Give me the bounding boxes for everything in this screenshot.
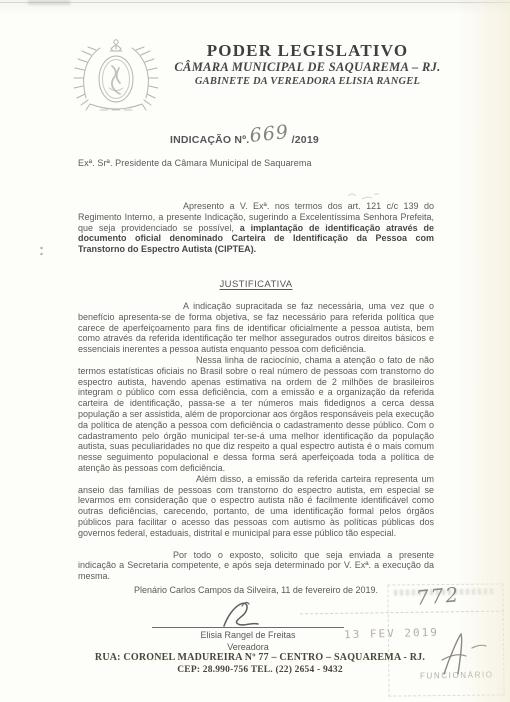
signer-title: Vereadora: [150, 642, 346, 652]
intro-paragraph: Apresento a V. Exª. nos termos dos art. …: [78, 201, 434, 255]
justification-heading: JUSTIFICATIVA: [78, 279, 434, 290]
org-office-title: GABINETE DA VEREADORA ELISIA RANGEL: [155, 75, 460, 88]
footer-address: RUA: CORONEL MADUREIRA Nº 77 – CENTRO – …: [55, 652, 465, 664]
handwritten-document-number: 669: [249, 121, 290, 147]
document-year-suffix: /2019: [292, 134, 319, 146]
justification-paragraph: Nessa linha de raciocínio, chama a atenç…: [78, 355, 434, 474]
scanned-document-page: PODER LEGISLATIVO CÂMARA MUNICIPAL DE SA…: [0, 0, 510, 702]
footer-contact: CEP: 28.990-756 TEL. (22) 2654 - 9432: [55, 664, 465, 676]
closing-request-paragraph: Por todo o exposto, solicito que seja en…: [78, 550, 434, 582]
addressee-line: Exª. Srª. Presidente da Câmara Municipal…: [78, 158, 312, 168]
signer-name: Elisia Rangel de Freitas: [150, 630, 346, 640]
stamp-border-box: [387, 583, 504, 696]
coat-of-arms-emblem: [70, 36, 162, 122]
scan-artifact-corner-smudge: [28, 0, 70, 5]
handwritten-signature: [218, 598, 288, 630]
letterhead: PODER LEGISLATIVO CÂMARA MUNICIPAL DE SA…: [155, 41, 460, 88]
signature-block: Elisia Rangel de Freitas Vereadora: [150, 600, 346, 652]
document-number-line: INDICAÇÃO Nº.669/2019: [170, 126, 319, 148]
place-date-line: Plenário Carlos Campos da Silveira, 11 d…: [78, 585, 434, 595]
stamp-date: 13 FEV 2019: [344, 626, 439, 641]
document-footer: RUA: CORONEL MADUREIRA Nº 77 – CENTRO – …: [55, 652, 465, 676]
justification-body: A indicação supracitada se faz necessári…: [78, 301, 434, 582]
scan-artifact-top-line: [0, 2, 510, 3]
scan-artifact-ink-dots: [40, 246, 43, 256]
document-number-label: INDICAÇÃO Nº.: [170, 134, 249, 146]
org-chamber-title: CÂMARA MUNICIPAL DE SAQUAREMA – RJ.: [155, 60, 460, 75]
justification-paragraph: Além disso, a emissão da referida cartei…: [78, 474, 434, 539]
justification-paragraph: A indicação supracitada se faz necessári…: [78, 301, 434, 355]
org-branch-title: PODER LEGISLATIVO: [155, 41, 460, 60]
